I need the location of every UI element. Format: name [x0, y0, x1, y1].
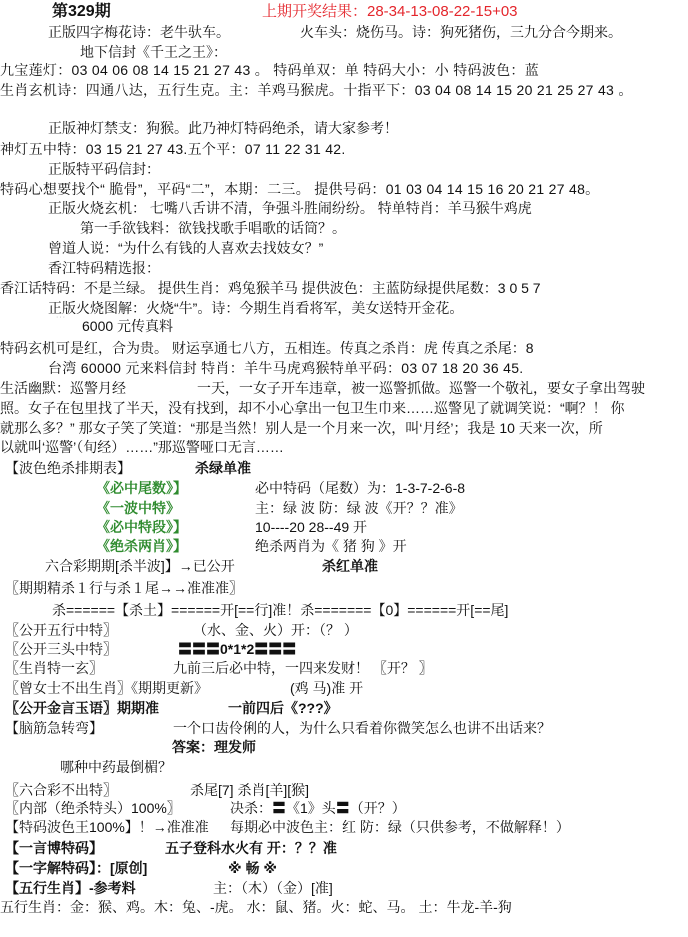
five-elements-list-line: 五行生肖：金：猴、鸡。木：兔、-虎。 水：鼠、猪。火：蛇、马。 土：牛龙-羊-狗	[0, 898, 688, 916]
three-heads-line: 〖公开三头中特〗 〓〓〓0*1*2〓〓〓	[0, 640, 688, 658]
zodiac-mystery-label: 〖生肖特一玄〗	[5, 659, 103, 677]
one-char-code-label: 【一字解特码】：[原创]	[5, 859, 147, 877]
kill-red-label: 杀红单准	[322, 557, 378, 575]
flat-code-envelope-title: 正版特平码信封：	[0, 160, 688, 178]
half-wave-label: 六合彩期期[杀半波]】→已公开	[45, 557, 235, 575]
one-wave-label: 《一波中特》	[96, 499, 180, 517]
one-word-code-value: 五子登科水火有 开：？？准	[165, 839, 337, 857]
taiwan-envelope-line: 台湾 60000 元来料信封 特肖：羊牛马虎鸡猴特单平码：03 07 18 20…	[0, 359, 688, 377]
ms-zeng-label: 〖曾女士不出生肖〗《期期更新》	[5, 679, 208, 697]
three-heads-label: 〖公开三头中特〗	[5, 640, 117, 658]
five-elements-line: 〖公开五行中特〗 （水、金、火）开：（？ ）	[0, 621, 688, 639]
five-elements-zodiac-line: 【五行生肖】-参考料 主：（木）（金）[准]	[0, 879, 688, 897]
tail-number-line: 《必中尾数》】 必中特码（尾数）为：1-3-7-2-6-8	[0, 479, 688, 497]
one-word-code-line: 【一言博特码】 五子登科水火有 开：？？准	[0, 839, 688, 857]
fire-mystery-text: 正版火烧玄机： 七嘴八舌讲不清，争强斗胜闹纷纷。 特单特肖：羊马猴牛鸡虎	[48, 199, 532, 217]
humor-text-line: 以就叫‘巡警’（旬经）……”那巡警哑口无言……	[0, 438, 688, 456]
faint-dots: ˙˙˙	[56, 313, 66, 331]
internal-kill-line: 〖内部（绝杀特头）100%〗 决杀：〓《1》头〓（开？）	[0, 799, 688, 817]
code-mystery-line: 特码玄机可是红，合为贵。 财运享通七八方，五相连。传真之杀肖：虎 传真之杀尾：8	[0, 339, 688, 357]
one-word-code-label: 【一言博特码】	[5, 839, 103, 857]
color-king-line: 【特码波色王100%】！→准准准 每期必中波色主：红 防：绿（只供参考，不做解释…	[0, 818, 688, 836]
color-king-value: 每期必中波色主：红 防：绿（只供参考，不做解释！）	[230, 818, 570, 836]
issue-header: 第329期 上期开奖结果：28-34-13-08-22-15+03	[0, 2, 688, 22]
zodiac-mystery-value: 九前三后必中特，一四来发财！ 〖开？ 〗	[173, 659, 433, 677]
issue-number: 第329期	[52, 2, 111, 22]
tail-number-label: 《必中尾数》】	[96, 479, 187, 497]
one-wave-value: 主：绿 波 防：绿 波《开？？准》	[255, 499, 463, 517]
riddle-question: 一个口齿伶俐的人，为什么只看着你微笑怎么也讲不出话来？	[173, 719, 551, 737]
internal-kill-label: 〖内部（绝杀特头）100%〗	[5, 799, 181, 817]
humor-text: 照。女子在包里找了半天，没有找到，却不小心拿出一包卫生巾来……巡警见了就调笑说：…	[0, 399, 625, 417]
one-wave-line: 《一波中特》 主：绿 波 防：绿 波《开？？准》	[0, 499, 688, 517]
special-range-label: 《必中特段》】	[96, 518, 187, 536]
golden-words-value: 一前四后《???》	[228, 699, 338, 717]
no-special-value: 杀尾[7] 杀肖[羊][猴]	[190, 781, 309, 799]
humor-title-line: 生活幽默：巡警月经 一天，一女子开车违章，被一巡警抓做。巡警一个敬礼，要女子拿出…	[0, 379, 688, 397]
three-heads-value: 〓〓〓0*1*2〓〓〓	[178, 640, 296, 658]
hk-selection-title: 香江特码精选报：	[0, 259, 688, 277]
fire-diagram-text: 正版火烧图解：火烧“牛”。诗：今期生肖看将军，美女送特开金花。	[48, 299, 463, 317]
color-king-label: 【特码波色王100%】！→准准准	[5, 818, 209, 836]
kill-earth-text: 杀======【杀土】======开[==行]准！杀=======【0】====…	[52, 601, 508, 619]
hk-special-line: 香江话特码：不是兰绿。 提供生肖：鸡兔猴羊马 提供波色：主蓝防绿提供尾数：3 0…	[0, 279, 688, 297]
lamp-ban-line: 正版神灯禁支：狗猴。此乃神灯特码绝杀，请大家参考！	[0, 119, 688, 137]
last-draw-result: 上期开奖结果：28-34-13-08-22-15+03	[262, 2, 518, 22]
taoist-quote-line: 曾道人说：“为什么有钱的人喜欢去找妓女？”	[0, 239, 688, 257]
fire-diagram-line: 正版火烧图解：火烧“牛”。诗：今期生肖看将军，美女送特开金花。	[0, 299, 688, 317]
special-range-value: 10----20 28--49 开	[255, 518, 367, 536]
zodiac-poem-text: 生肖玄机诗：四通八达，五行生克。主：羊鸡马猴虎。十指平下：03 04 08 14…	[0, 81, 633, 99]
plum-poem-text: 正版四字梅花诗：老牛驮车。	[48, 23, 230, 41]
humor-text-line: 照。女子在包里找了半天，没有找到，却不小心拿出一包卫生巾来……巡警见了就调笑说：…	[0, 399, 688, 417]
first-hand-line: 第一手欲钱料：欲钱找歌手唱歌的话筒？。	[0, 219, 688, 237]
humor-label: 生活幽默：巡警月经	[0, 379, 126, 397]
one-char-code-line: 【一字解特码】：[原创] ※ 畅 ※	[0, 859, 688, 877]
riddle-answer: 答案：理发师	[0, 738, 688, 756]
tail-number-value: 必中特码（尾数）为：1-3-7-2-6-8	[255, 479, 465, 497]
lamp-picks-text: 神灯五中特：03 15 21 27 43.五个平：07 11 22 31 42.	[0, 140, 346, 158]
train-head-text: 火车头：烧伤马。诗：狗死猪伤，三九分合今期来。	[300, 23, 622, 41]
ms-zeng-value: (鸡 马)准 开	[290, 679, 363, 697]
kill-two-zodiac-label: 《绝杀两肖》】	[96, 537, 187, 555]
five-elements-value: （水、金、火）开：（？ ）	[193, 621, 358, 639]
special-code-line: 特码心想要找个“ 脆骨”，平码“二”，本期：二三。 提供号码：01 03 04 …	[0, 180, 688, 198]
no-special-line: 〖六合彩不出特〗 杀尾[7] 杀肖[羊][猴]	[0, 781, 688, 799]
kill-green-label: 杀绿单准	[195, 459, 251, 477]
lamp-picks-line: 神灯五中特：03 15 21 27 43.五个平：07 11 22 31 42.	[0, 140, 688, 158]
riddle-line: 【脑筋急转弯】 一个口齿伶俐的人，为什么只看着你微笑怎么也讲不出话来？	[0, 719, 688, 737]
zodiac-mystery-line: 〖生肖特一玄〗 九前三后必中特，一四来发财！ 〖开？ 〗	[0, 659, 688, 677]
golden-words-label: 〖公开金言玉语〗期期准	[5, 699, 159, 717]
special-range-line: 《必中特段》】 10----20 28--49 开	[0, 518, 688, 536]
color-kill-header: 【波色绝杀排期表】 杀绿单准	[0, 459, 688, 477]
humor-text: 就那么多？” 那女子笑了笑道：“那是当然！别人是一个月来一次，叫‘月经’；我是 …	[0, 419, 603, 437]
nine-lotus-text: 九宝莲灯：03 04 06 08 14 15 21 27 43 。 特码单双：单…	[0, 61, 539, 79]
one-char-code-value: ※ 畅 ※	[228, 859, 277, 877]
internal-kill-value: 决杀：〓《1》头〓（开？）	[230, 799, 406, 817]
kill-row-tail-line: 〖期期精杀１行与杀１尾→→准准准〗	[0, 579, 688, 597]
kill-two-zodiac-value: 绝杀两肖为《 猪 狗 》开	[255, 537, 407, 555]
color-kill-label: 【波色绝杀排期表】	[5, 459, 131, 477]
plum-poem-line: 正版四字梅花诗：老牛驮车。 火车头：烧伤马。诗：狗死猪伤，三九分合今期来。	[0, 23, 688, 41]
lamp-ban-text: 正版神灯禁支：狗猴。此乃神灯特码绝杀，请大家参考！	[48, 119, 398, 137]
five-elements-zodiac-label: 【五行生肖】-参考料	[5, 879, 136, 897]
kill-two-zodiac-line: 《绝杀两肖》】 绝杀两肖为《 猪 狗 》开	[0, 537, 688, 555]
golden-words-line: 〖公开金言玉语〗期期准 一前四后《???》	[0, 699, 688, 717]
special-code-text: 特码心想要找个“ 脆骨”，平码“二”，本期：二三。 提供号码：01 03 04 …	[0, 180, 599, 198]
kill-earth-line: 杀======【杀土】======开[==行]准！杀=======【0】====…	[0, 601, 688, 619]
five-elements-list-text: 五行生肖：金：猴、鸡。木：兔、-虎。 水：鼠、猪。火：蛇、马。 土：牛龙-羊-狗	[0, 898, 512, 916]
humor-text: 一天，一女子开车违章，被一巡警抓做。巡警一个敬礼，要女子拿出驾驶	[197, 379, 645, 397]
humor-text: 以就叫‘巡警’（旬经）……”那巡警哑口无言……	[0, 438, 284, 456]
first-hand-text: 第一手欲钱料：欲钱找歌手唱歌的话筒？。	[80, 219, 346, 237]
five-elements-zodiac-value: 主：（木）（金）[准]	[213, 879, 333, 897]
no-special-label: 〖六合彩不出特〗	[5, 781, 117, 799]
herb-riddle-text: 哪种中药最倒楣？	[60, 758, 172, 776]
taoist-quote-text: 曾道人说：“为什么有钱的人喜欢去找妓女？”	[48, 239, 323, 257]
five-elements-label: 〖公开五行中特〗	[5, 621, 117, 639]
envelope-title-text: 地下信封《千王之王》：	[80, 43, 227, 61]
zodiac-poem-line: 生肖玄机诗：四通八达，五行生克。主：羊鸡马猴虎。十指平下：03 04 08 14…	[0, 81, 688, 99]
kill-row-tail-text: 〖期期精杀１行与杀１尾→→准准准〗	[5, 579, 243, 597]
herb-riddle: 哪种中药最倒楣？	[0, 758, 688, 776]
hk-selection-text: 香江特码精选报：	[48, 259, 160, 277]
half-wave-line: 六合彩期期[杀半波]】→已公开 杀红单准	[0, 557, 688, 575]
hk-special-text: 香江话特码：不是兰绿。 提供生肖：鸡兔猴羊马 提供波色：主蓝防绿提供尾数：3 0…	[0, 279, 541, 297]
envelope-title: 地下信封《千王之王》：	[0, 43, 688, 61]
ms-zeng-line: 〖曾女士不出生肖〗《期期更新》 (鸡 马)准 开	[0, 679, 688, 697]
flat-code-envelope-text: 正版特平码信封：	[48, 160, 160, 178]
humor-text-line: 就那么多？” 那女子笑了笑道：“那是当然！别人是一个月来一次，叫‘月经’；我是 …	[0, 419, 688, 437]
fax-title: ˙˙˙ 6000 元传真料	[0, 317, 688, 335]
nine-lotus-line: 九宝莲灯：03 04 06 08 14 15 21 27 43 。 特码单双：单…	[0, 61, 688, 79]
fax-title-text: 6000 元传真料	[82, 317, 173, 335]
riddle-answer-text: 答案：理发师	[172, 738, 256, 756]
code-mystery-text: 特码玄机可是红，合为贵。 财运享通七八方，五相连。传真之杀肖：虎 传真之杀尾：8	[0, 339, 534, 357]
riddle-label: 【脑筋急转弯】	[5, 719, 103, 737]
taiwan-envelope-text: 台湾 60000 元来料信封 特肖：羊牛马虎鸡猴特单平码：03 07 18 20…	[48, 359, 523, 377]
fire-mystery-line: 正版火烧玄机： 七嘴八舌讲不清，争强斗胜闹纷纷。 特单特肖：羊马猴牛鸡虎	[0, 199, 688, 217]
